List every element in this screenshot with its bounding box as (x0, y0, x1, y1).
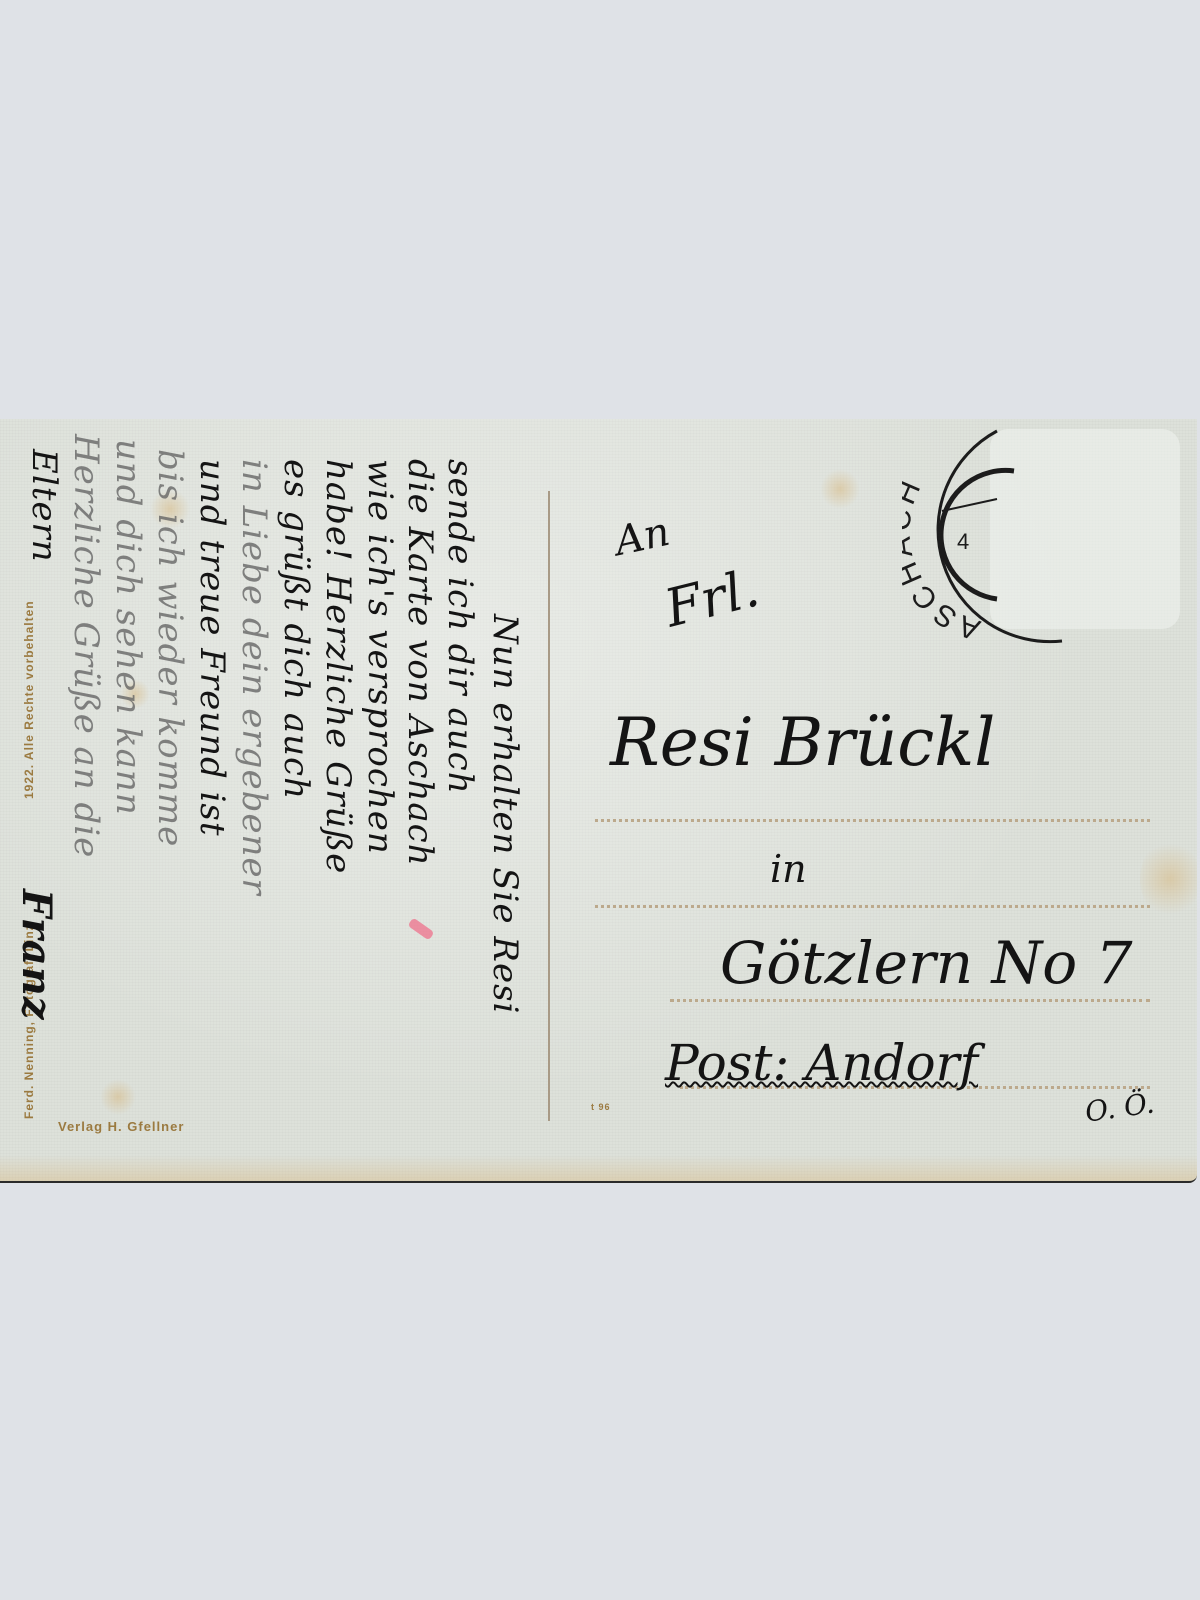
message-line: bis ich wieder komme (150, 449, 190, 847)
address-line-1 (595, 819, 1150, 822)
address-post-office: Post: Andorf (665, 1034, 978, 1092)
address-line-2 (595, 905, 1150, 908)
address-street: Götzlern No 7 (720, 929, 1133, 997)
postcard: ASCHACH 4 Ferd. Nenning, Fotograf, Linz … (0, 419, 1197, 1183)
stain-edge (0, 1155, 1197, 1181)
copyright-notice: 1922. Alle Rechte vorbehalten (22, 600, 36, 799)
address-title: Frl. (659, 559, 765, 640)
message-line: Herzliche Grüße an die (66, 434, 106, 858)
recipient-name: Resi Brückl (610, 704, 995, 781)
message-line: und treue Freund ist (192, 459, 232, 837)
postmark-date: 4 (957, 529, 969, 554)
message-line: die Karte von Aschach (400, 459, 440, 867)
address-preposition: in (770, 847, 807, 891)
message-line: es grüßt dich auch (276, 459, 316, 800)
message-line: sende ich dir auch (440, 459, 480, 795)
postmark-icon: ASCHACH 4 (902, 421, 1082, 651)
stain (820, 469, 860, 509)
center-divider (548, 491, 550, 1121)
message-signature: Franz (13, 889, 60, 1020)
pink-ink-mark (407, 917, 434, 940)
message-line: Nun erhalten Sie Resi (485, 614, 525, 1014)
print-code: t 96 (591, 1102, 611, 1112)
address-region: O. Ö. (1083, 1086, 1156, 1128)
stain (100, 1079, 136, 1115)
message-line: und dich sehen kann (108, 439, 148, 816)
message-line: in Liebe dein ergebener (234, 459, 274, 896)
message-line: wie ich's versprochen (360, 459, 400, 855)
address-salutation: An (611, 509, 674, 565)
message-line: Eltern (24, 449, 64, 563)
message-line: habe! Herzliche Grüße (318, 459, 358, 874)
publisher-credit: Verlag H. Gfellner (58, 1119, 184, 1134)
address-line-3 (670, 999, 1150, 1002)
